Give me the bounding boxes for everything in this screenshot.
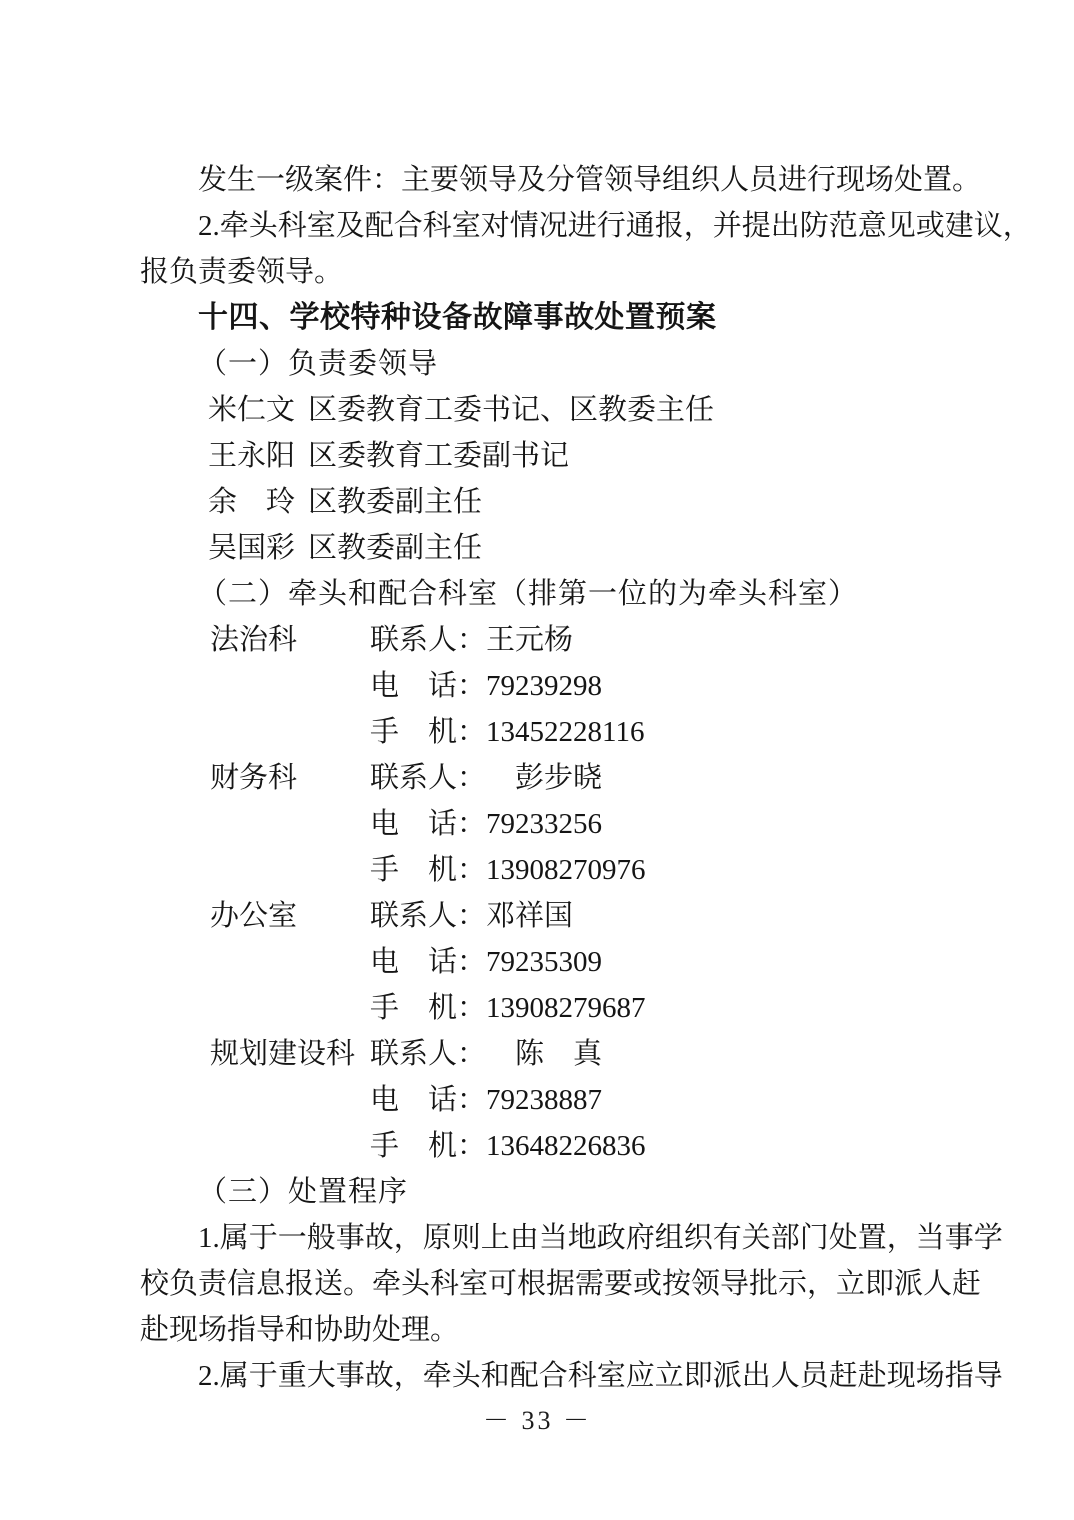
contact-mobile: 13908270976: [486, 847, 646, 893]
contact-person: 王元杨: [486, 617, 573, 663]
leader-title: 区委教育工委副书记: [308, 433, 569, 479]
contact-mobile: 13452228116: [486, 709, 644, 755]
contact-mobile: 13648226836: [486, 1123, 646, 1169]
contact-phone: 79239298: [486, 663, 602, 709]
contact-row: 手 机： 13648226836: [140, 1123, 935, 1169]
contact-row: 电 话： 79239298: [140, 663, 935, 709]
contact-row: 手 机： 13908279687: [140, 985, 935, 1031]
subsection-heading-3: （三）处置程序: [140, 1169, 935, 1215]
procedure-1-line-1: 1.属于一般事故，原则上由当地政府组织有关部门处置，当事学: [140, 1215, 935, 1261]
leader-name: 米仁文: [208, 387, 308, 433]
contact-person: 陈 真: [486, 1031, 602, 1077]
contact-person: 邓祥国: [486, 893, 573, 939]
leader-row: 余 玲 区教委副主任: [140, 479, 935, 525]
leader-title: 区委教育工委书记、区教委主任: [308, 387, 714, 433]
procedure-1-line-3: 赴现场指导和协助处理。: [140, 1307, 935, 1353]
contact-person-label: 联系人：: [370, 617, 486, 663]
contact-row: 财务科 联系人： 彭步晓: [140, 755, 935, 801]
section-heading: 十四、学校特种设备故障事故处置预案: [140, 295, 935, 341]
contact-phone: 79233256: [486, 801, 602, 847]
contact-phone-label: 电 话：: [370, 801, 486, 847]
intro-paragraph-1: 发生一级案件：主要领导及分管领导组织人员进行现场处置。: [140, 157, 935, 203]
contact-person-label: 联系人：: [370, 755, 486, 801]
contact-row: 电 话： 79238887: [140, 1077, 935, 1123]
contact-dept: 法治科: [210, 617, 370, 663]
leader-name: 王永阳: [208, 433, 308, 479]
contact-row: 法治科 联系人： 王元杨: [140, 617, 935, 663]
contact-person-label: 联系人：: [370, 893, 486, 939]
contact-person-label: 联系人：: [370, 1031, 486, 1077]
contact-dept: 规划建设科: [210, 1031, 370, 1077]
contact-mobile-label: 手 机：: [370, 1123, 486, 1169]
contact-mobile-label: 手 机：: [370, 985, 486, 1031]
intro-paragraph-2-line-1: 2.牵头科室及配合科室对情况进行通报，并提出防范意见或建议，: [140, 203, 935, 249]
contact-phone-label: 电 话：: [370, 939, 486, 985]
leader-name: 余 玲: [208, 479, 308, 525]
intro-paragraph-2-line-2: 报负责委领导。: [140, 249, 935, 295]
procedure-2-line-1: 2.属于重大事故，牵头和配合科室应立即派出人员赶赴现场指导: [140, 1353, 935, 1399]
contact-mobile-label: 手 机：: [370, 847, 486, 893]
leader-row: 吴国彩 区教委副主任: [140, 525, 935, 571]
page-number: － 33 －: [140, 1402, 935, 1440]
subsection-heading-1: （一）负责委领导: [140, 341, 935, 387]
contact-dept: 办公室: [210, 893, 370, 939]
leader-row: 王永阳 区委教育工委副书记: [140, 433, 935, 479]
contact-row: 办公室 联系人： 邓祥国: [140, 893, 935, 939]
contact-phone: 79235309: [486, 939, 602, 985]
contact-dept: 财务科: [210, 755, 370, 801]
contact-phone-label: 电 话：: [370, 1077, 486, 1123]
contact-row: 电 话： 79235309: [140, 939, 935, 985]
leader-name: 吴国彩: [208, 525, 308, 571]
contact-row: 手 机： 13908270976: [140, 847, 935, 893]
contact-mobile: 13908279687: [486, 985, 646, 1031]
leader-title: 区教委副主任: [308, 479, 482, 525]
leader-title: 区教委副主任: [308, 525, 482, 571]
subsection-heading-2: （二）牵头和配合科室（排第一位的为牵头科室）: [140, 571, 935, 617]
contact-person: 彭步晓: [486, 755, 602, 801]
leader-row: 米仁文 区委教育工委书记、区教委主任: [140, 387, 935, 433]
document-page: 发生一级案件：主要领导及分管领导组织人员进行现场处置。 2.牵头科室及配合科室对…: [0, 0, 1074, 1520]
procedure-1-line-2: 校负责信息报送。牵头科室可根据需要或按领导批示，立即派人赶: [140, 1261, 935, 1307]
contact-phone: 79238887: [486, 1077, 602, 1123]
contact-row: 规划建设科 联系人： 陈 真: [140, 1031, 935, 1077]
contact-mobile-label: 手 机：: [370, 709, 486, 755]
contact-row: 电 话： 79233256: [140, 801, 935, 847]
contact-row: 手 机： 13452228116: [140, 709, 935, 755]
contact-phone-label: 电 话：: [370, 663, 486, 709]
